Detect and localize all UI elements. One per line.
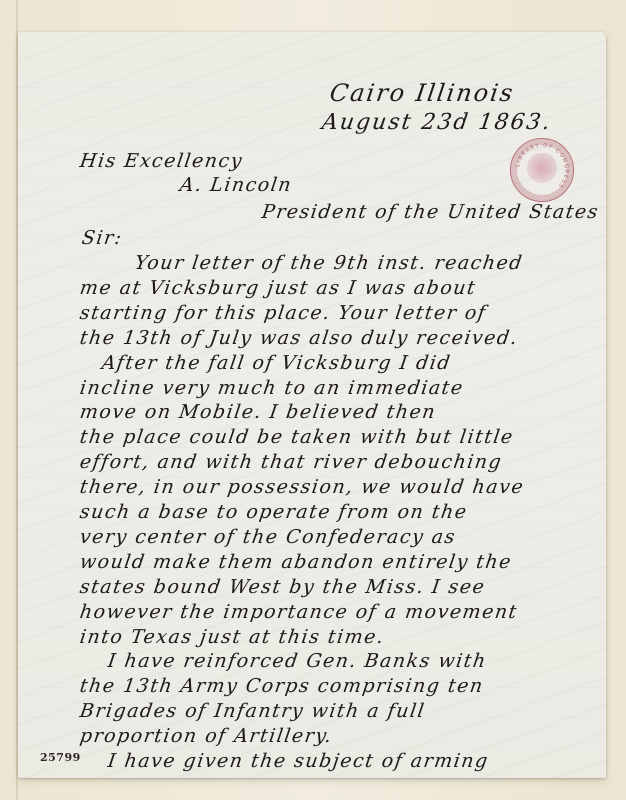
body-line: I have reinforced Gen. Banks with — [106, 648, 488, 674]
salutation-line: His Excellency — [78, 148, 245, 174]
body-line: After the fall of Vicksburg I did — [100, 350, 453, 376]
eagle-icon — [527, 153, 557, 185]
body-line: incline very much to an immediate — [78, 375, 465, 401]
body-line: the 13th of July was also duly received. — [78, 325, 520, 351]
body-line: would make them abandon entirely the — [78, 549, 514, 575]
body-line: there, in our possession, we would have — [78, 474, 526, 500]
body-line: the 13th Army Corps comprising ten — [78, 673, 485, 699]
body-line: into Texas just at this time. — [78, 624, 386, 650]
body-line: Your letter of the 9th inst. reached — [133, 250, 525, 276]
library-of-congress-stamp: LIBRARY OF CONGRESS — [510, 138, 574, 202]
body-line: I have given the subject of arming — [106, 748, 490, 774]
body-line: me at Vicksburg just as I was about — [78, 275, 478, 301]
letter-date: August 23d 1863. — [320, 110, 553, 136]
body-line: starting for this place. Your letter of — [78, 300, 488, 326]
body-line: such a base to operate from on the — [78, 499, 469, 525]
letter-place: Cairo Illinois — [328, 80, 516, 106]
body-line: effort, and with that river debouching — [78, 449, 504, 475]
salutation-line: Sir: — [80, 225, 124, 251]
salutation-line: President of the United States — [260, 199, 601, 225]
body-line: however the importance of a movement — [78, 599, 519, 625]
catalog-number: 25799 — [40, 751, 81, 764]
body-line: proportion of Artillery. — [78, 723, 334, 749]
body-line: move on Mobile. I believed then — [78, 399, 438, 425]
body-line: Brigades of Infantry with a full — [78, 698, 427, 724]
body-line: states bound West by the Miss. I see — [78, 574, 487, 600]
salutation-line: A. Lincoln — [178, 172, 294, 198]
body-line: very center of the Confederacy as — [78, 524, 458, 550]
body-line: the place could be taken with but little — [78, 424, 515, 450]
